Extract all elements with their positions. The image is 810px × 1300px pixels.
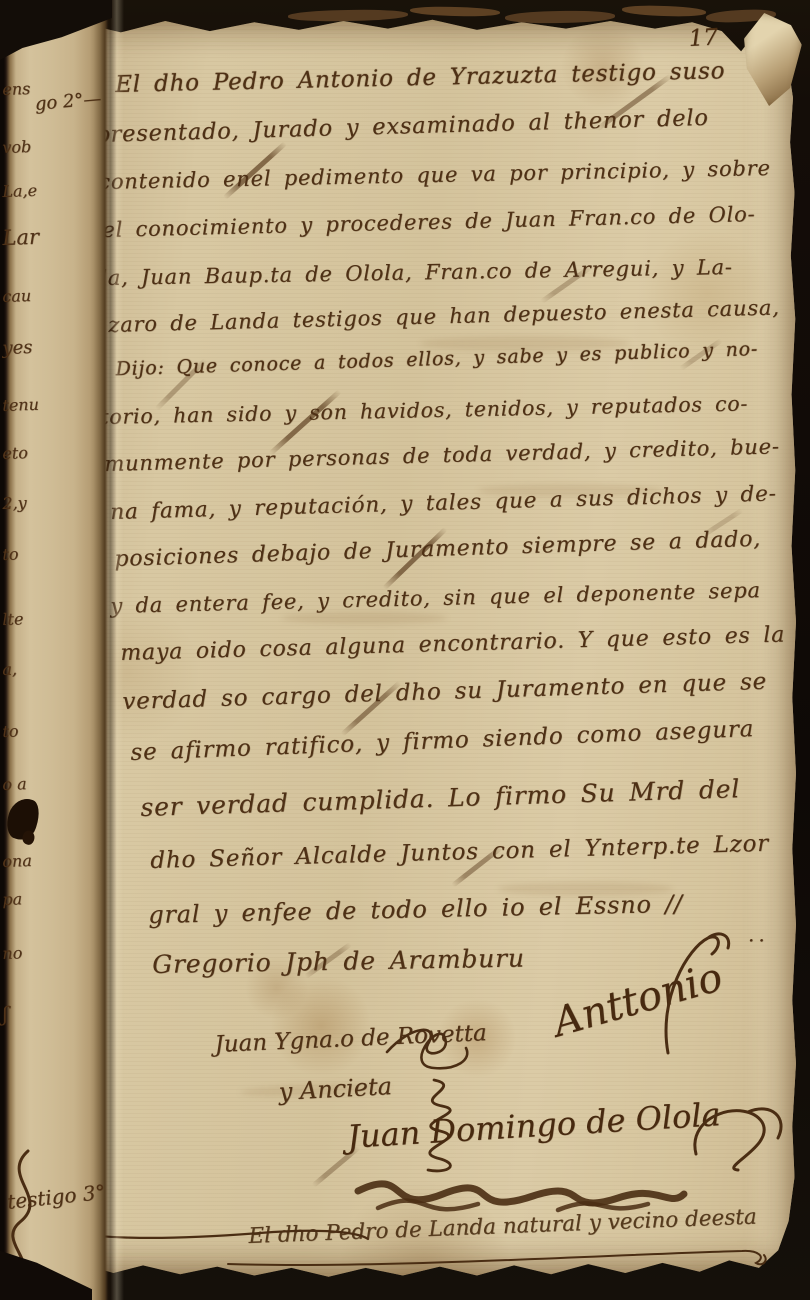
previous-page-fragment: 2,y [2, 492, 73, 513]
torn-edge-fiber [622, 5, 706, 18]
previous-page-fragment: cau [2, 285, 73, 306]
showthrough-smudge [282, 612, 447, 624]
rubric-scribble-icon [348, 1156, 700, 1222]
previous-page-fragment: yes [2, 336, 73, 359]
previous-page-fragment: La,e [2, 180, 73, 201]
previous-page-fragment: pa [2, 888, 73, 909]
manuscript-photo: 17 El dho Pedro Antonio de Yrazuzta test… [0, 0, 810, 1300]
ink-blot [2, 794, 44, 843]
previous-page-fragment: vob [2, 136, 73, 157]
previous-page-fragment: tenu [2, 394, 73, 415]
signature-flourish-icon [648, 928, 748, 1058]
rubric-flourish-icon [382, 1018, 482, 1080]
previous-page-fragment: no [2, 942, 73, 963]
previous-page-fragment: o a [2, 773, 73, 794]
page-number: 17 [688, 24, 719, 51]
torn-edge-fiber [505, 10, 615, 24]
torn-edge-fiber [288, 9, 408, 22]
previous-page-fragment: to [2, 720, 73, 741]
previous-page-fragment: ʃ [2, 1000, 73, 1026]
torn-edge-fiber [410, 6, 500, 17]
previous-page-fragment: lte [2, 608, 73, 629]
previous-page-fragment: to [2, 543, 73, 564]
book-spine-edge: ens vob La,e Lar cau yes tenu eto 2,y to… [0, 0, 108, 1300]
pencil-swirl-icon [676, 1092, 800, 1176]
previous-page-fragment: a, [2, 658, 73, 679]
previous-page-fragment: ona [2, 850, 73, 871]
underline-flourish-icon [222, 1246, 774, 1272]
signature-ancieta: y Ancieta [278, 1072, 393, 1106]
previous-page-fragment: Lar [2, 224, 73, 250]
previous-page-fragment: eto [2, 442, 73, 463]
flourish-dots: ·· [748, 928, 769, 952]
